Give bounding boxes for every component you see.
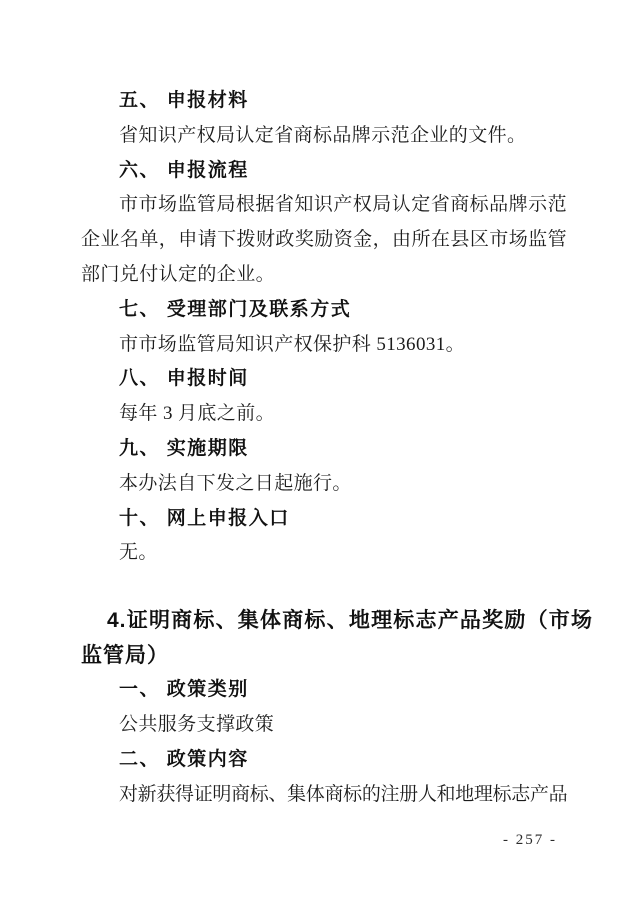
paragraph-policy-category: 公共服务支撑政策	[81, 708, 567, 743]
blank-line-spacer	[81, 571, 567, 603]
section-heading-9-implementation-period: 九、 实施期限	[81, 432, 567, 467]
page-content: 五、 申报材料 省知识产权局认定省商标品牌示范企业的文件。 六、 申报流程 市市…	[81, 84, 567, 812]
section-heading-10-online-application-entry: 十、 网上申报入口	[81, 502, 567, 537]
section-heading-5-application-materials: 五、 申报材料	[81, 84, 567, 119]
paragraph-application-process: 市市场监管局根据省知识产权局认定省商标品牌示范企业名单，申请下拨财政奖励资金，由…	[81, 188, 567, 292]
paragraph-policy-content: 对新获得证明商标、集体商标的注册人和地理标志产品	[81, 778, 567, 813]
page-footer: - 257 -	[503, 832, 557, 849]
section-heading-6-application-process: 六、 申报流程	[81, 154, 567, 189]
section-heading-1-policy-category: 一、 政策类别	[81, 673, 567, 708]
section-title-4-trademark-rewards: 4.证明商标、集体商标、地理标志产品奖励（市场监管局）	[81, 603, 593, 673]
page-number: - 257 -	[503, 832, 557, 848]
paragraph-online-application-entry: 无。	[81, 536, 567, 571]
document-page: 五、 申报材料 省知识产权局认定省商标品牌示范企业的文件。 六、 申报流程 市市…	[0, 0, 642, 907]
section-heading-7-accepting-department-contact: 七、 受理部门及联系方式	[81, 293, 567, 328]
paragraph-implementation-period: 本办法自下发之日起施行。	[81, 467, 567, 502]
paragraph-application-time: 每年 3 月底之前。	[81, 397, 567, 432]
section-heading-2-policy-content: 二、 政策内容	[81, 743, 567, 778]
paragraph-application-materials: 省知识产权局认定省商标品牌示范企业的文件。	[81, 119, 567, 154]
section-heading-8-application-time: 八、 申报时间	[81, 362, 567, 397]
paragraph-accepting-department-contact: 市市场监管局知识产权保护科 5136031。	[81, 328, 567, 363]
